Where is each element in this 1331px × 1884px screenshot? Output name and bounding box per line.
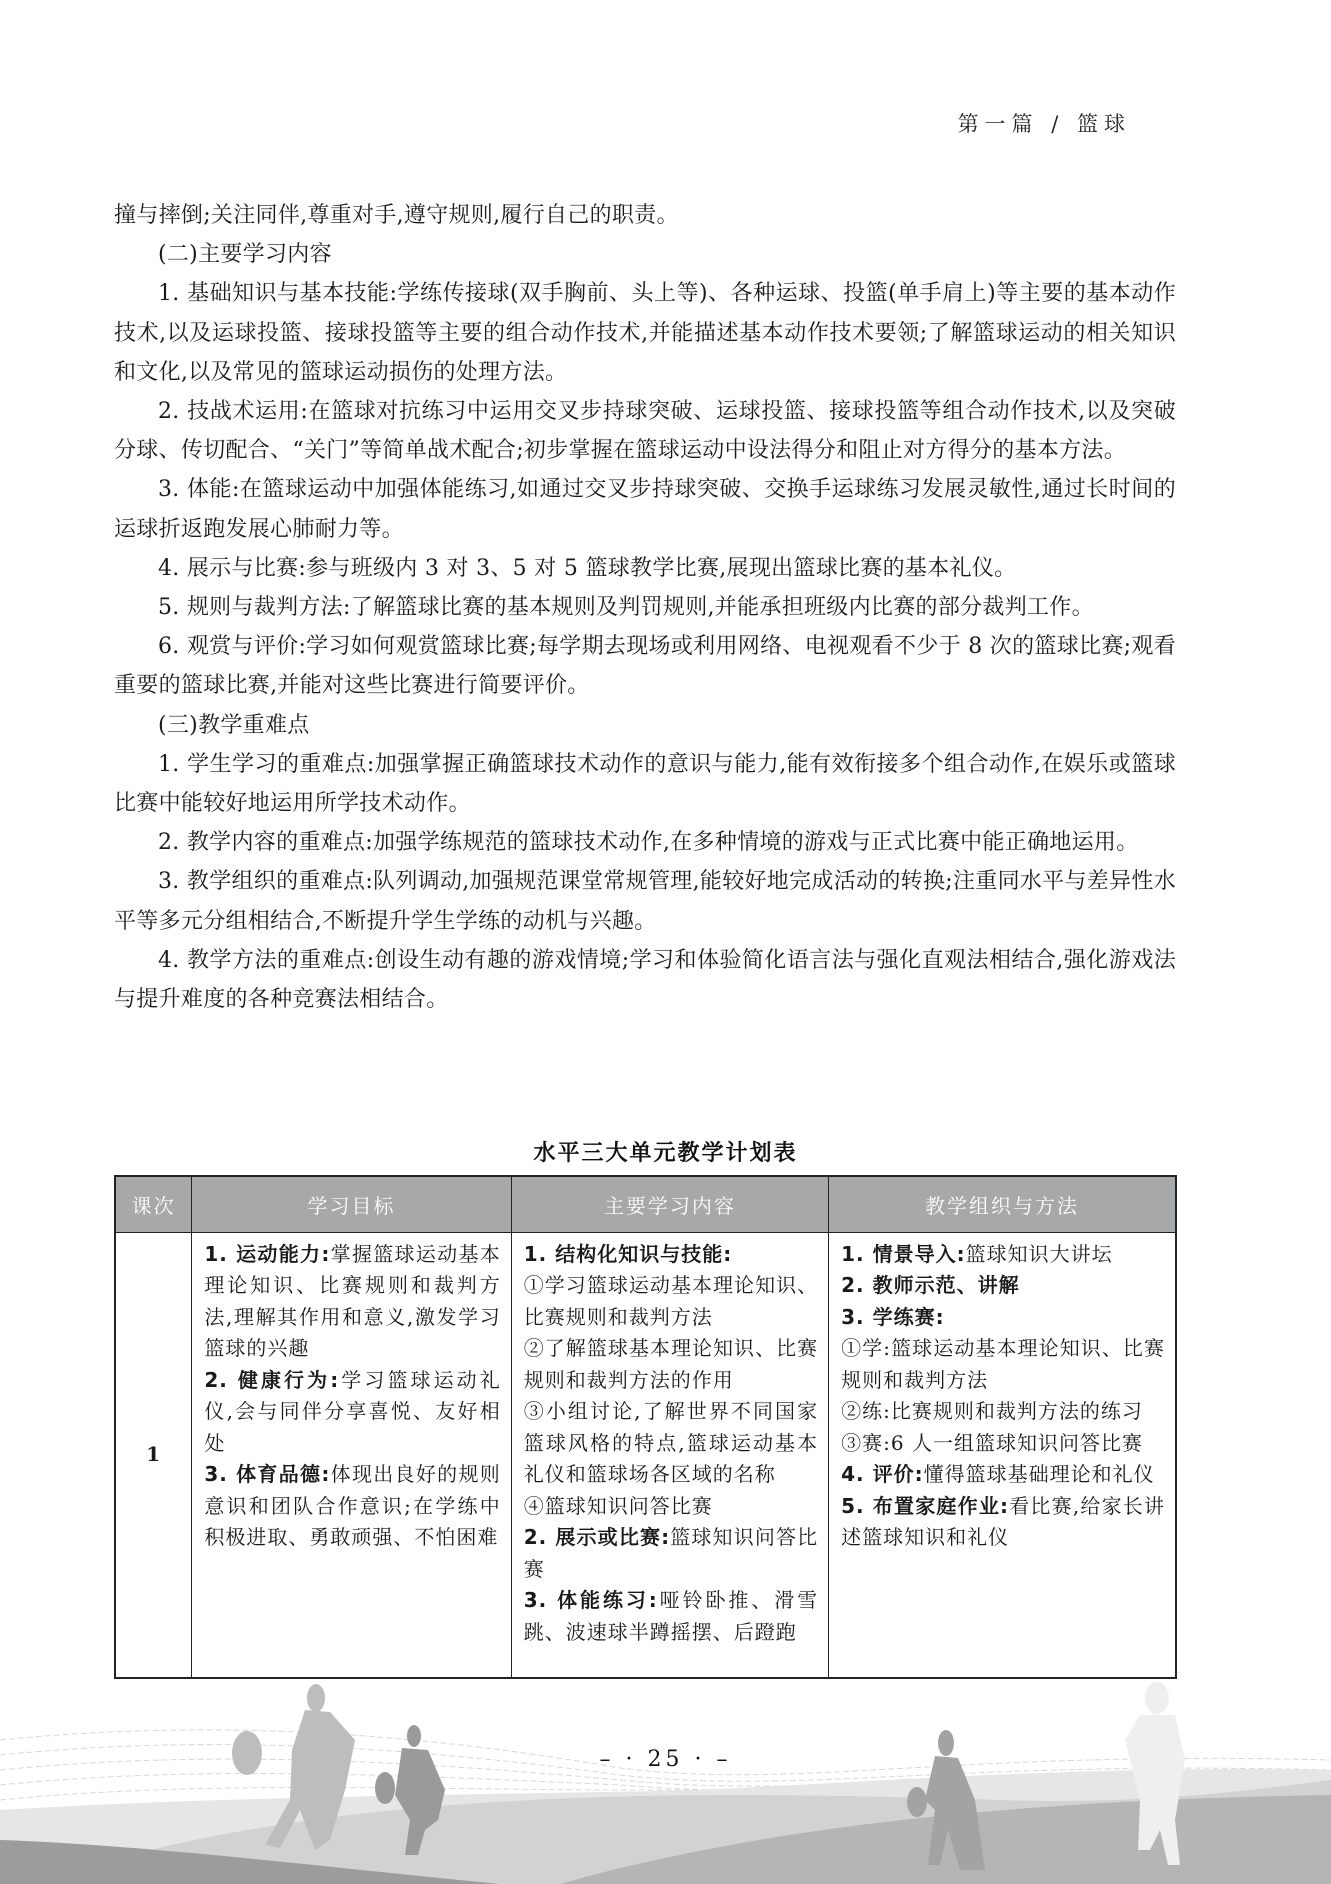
method-item: 5. 布置家庭作业:看比赛,给家长讲述篮球知识和礼仪 xyxy=(841,1491,1165,1554)
content-item: ①学习篮球运动基本理论知识、比赛规则和裁判方法 xyxy=(524,1270,818,1333)
paragraph: 3. 体能:在篮球运动中加强体能练习,如通过交叉步持球突破、交换手运球练习发展灵… xyxy=(114,470,1176,548)
paragraph: 撞与摔倒;关注同伴,尊重对手,遵守规则,履行自己的职责。 xyxy=(114,196,1176,235)
methods-cell: 1. 情景导入:篮球知识大讲坛 2. 教师示范、讲解 3. 学练赛: ①学:篮球… xyxy=(829,1232,1176,1678)
basketball-players-footer-illustration xyxy=(0,1680,1331,1884)
goal-item: 1. 运动能力:掌握篮球运动基本理论知识、比赛规则和裁判方法,理解其作用和意义,… xyxy=(204,1239,500,1365)
method-item: ②练:比赛规则和裁判方法的练习 xyxy=(841,1396,1165,1428)
content-item: 3. 体能练习:哑铃卧推、滑雪跳、波速球半蹲摇摆、后蹬跑 xyxy=(524,1585,818,1648)
column-header-goals: 学习目标 xyxy=(192,1176,511,1232)
content-item: ④篮球知识问答比赛 xyxy=(524,1491,818,1523)
section-heading-key-difficulties: (三)教学重难点 xyxy=(114,706,1176,745)
content-cell: 1. 结构化知识与技能: ①学习篮球运动基本理论知识、比赛规则和裁判方法 ②了解… xyxy=(511,1232,828,1678)
table-title: 水平三大单元教学计划表 xyxy=(0,1136,1331,1167)
paragraph: 1. 学生学习的重难点:加强掌握正确篮球技术动作的意识与能力,能有效衔接多个组合… xyxy=(114,745,1176,823)
goals-cell: 1. 运动能力:掌握篮球运动基本理论知识、比赛规则和裁判方法,理解其作用和意义,… xyxy=(192,1232,511,1678)
paragraph: 2. 技战术运用:在篮球对抗练习中运用交叉步持球突破、运球投篮、接球投篮等组合动… xyxy=(114,392,1176,470)
paragraph: 2. 教学内容的重难点:加强学练规范的篮球技术动作,在多种情境的游戏与正式比赛中… xyxy=(114,823,1176,862)
content-item: 1. 结构化知识与技能: xyxy=(524,1239,818,1271)
running-head: 第一篇 / 篮球 xyxy=(958,108,1131,138)
table-header-row: 课次 学习目标 主要学习内容 教学组织与方法 xyxy=(115,1176,1176,1232)
method-item: 4. 评价:懂得篮球基础理论和礼仪 xyxy=(841,1459,1165,1491)
paragraph: 3. 教学组织的重难点:队列调动,加强规范课堂常规管理,能较好地完成活动的转换;… xyxy=(114,862,1176,940)
paragraph: 4. 展示与比赛:参与班级内 3 对 3、5 对 5 篮球教学比赛,展现出篮球比… xyxy=(114,549,1176,588)
content-item: ③小组讨论,了解世界不同国家篮球风格的特点,篮球运动基本礼仪和篮球场各区域的名称 xyxy=(524,1396,818,1491)
column-header-lesson: 课次 xyxy=(115,1176,192,1232)
content-item: 2. 展示或比赛:篮球知识问答比赛 xyxy=(524,1522,818,1585)
goal-item: 3. 体育品德:体现出良好的规则意识和团队合作意识;在学练中积极进取、勇敢顽强、… xyxy=(204,1459,500,1554)
column-header-methods: 教学组织与方法 xyxy=(829,1176,1176,1232)
column-header-content: 主要学习内容 xyxy=(511,1176,828,1232)
method-item: 3. 学练赛: xyxy=(841,1302,1165,1334)
method-item: ③赛:6 人一组篮球知识问答比赛 xyxy=(841,1428,1165,1460)
body-text: 撞与摔倒;关注同伴,尊重对手,遵守规则,履行自己的职责。 (二)主要学习内容 1… xyxy=(114,196,1176,1019)
paragraph: 5. 规则与裁判方法:了解篮球比赛的基本规则及判罚规则,并能承担班级内比赛的部分… xyxy=(114,588,1176,627)
unit-plan-table: 课次 学习目标 主要学习内容 教学组织与方法 1 1. 运动能力:掌握篮球运动基… xyxy=(114,1175,1177,1679)
section-heading-main-content: (二)主要学习内容 xyxy=(114,235,1176,274)
lesson-number: 1 xyxy=(115,1232,192,1678)
paragraph: 6. 观赏与评价:学习如何观赏篮球比赛;每学期去现场或利用网络、电视观看不少于 … xyxy=(114,627,1176,705)
method-item: 1. 情景导入:篮球知识大讲坛 xyxy=(841,1239,1165,1271)
method-item: 2. 教师示范、讲解 xyxy=(841,1270,1165,1302)
table-row: 1 1. 运动能力:掌握篮球运动基本理论知识、比赛规则和裁判方法,理解其作用和意… xyxy=(115,1232,1176,1678)
goal-item: 2. 健康行为:学习篮球运动礼仪,会与同伴分享喜悦、友好相处 xyxy=(204,1365,500,1460)
content-item: ②了解篮球基本理论知识、比赛规则和裁判方法的作用 xyxy=(524,1333,818,1396)
method-item: ①学:篮球运动基本理论知识、比赛规则和裁判方法 xyxy=(841,1333,1165,1396)
page-number: – · 25 · – xyxy=(0,1747,1331,1772)
paragraph: 1. 基础知识与基本技能:学练传接球(双手胸前、头上等)、各种运球、投篮(单手肩… xyxy=(114,274,1176,392)
paragraph: 4. 教学方法的重难点:创设生动有趣的游戏情境;学习和体验简化语言法与强化直观法… xyxy=(114,941,1176,1019)
